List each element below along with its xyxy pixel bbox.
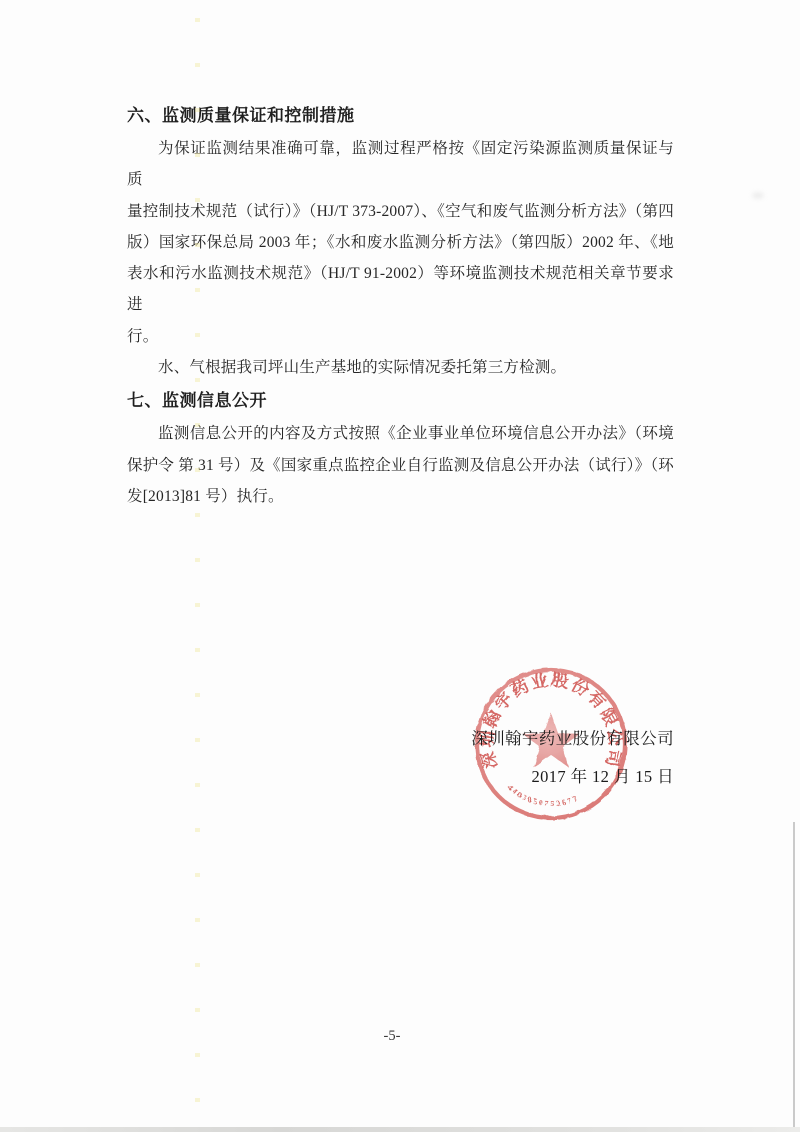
document-body: 六、监测质量保证和控制措施 为保证监测结果准确可靠，监测过程严格按《固定污染源监… bbox=[127, 98, 674, 512]
paragraph: 监测信息公开的内容及方式按照《企业事业单位环境信息公开办法》（环境 保护令 第 … bbox=[127, 418, 674, 512]
page-number: -5- bbox=[0, 1028, 784, 1045]
scan-speck-column bbox=[195, 0, 200, 1132]
paragraph-line: 版）国家环保总局 2003 年；《水和废水监测分析方法》（第四版）2002 年、… bbox=[127, 227, 674, 258]
section-heading-6: 六、监测质量保证和控制措施 bbox=[127, 98, 674, 133]
paragraph-line: 表水和污水监测技术规范》（HJ/T 91-2002）等环境监测技术规范相关章节要… bbox=[127, 258, 674, 321]
signature-block: 深圳翰宇药业股份有限公司 2017 年 12 月 15 日 bbox=[471, 720, 674, 796]
scan-edge-bottom bbox=[0, 1127, 800, 1132]
signature-date: 2017 年 12 月 15 日 bbox=[471, 758, 674, 796]
scanned-document-page: 六、监测质量保证和控制措施 为保证监测结果准确可靠，监测过程严格按《固定污染源监… bbox=[0, 0, 800, 1132]
section-heading-7: 七、监测信息公开 bbox=[127, 383, 674, 418]
scan-smudge bbox=[752, 192, 764, 199]
paragraph-line: 行。 bbox=[127, 321, 674, 352]
paragraph-line: 量控制技术规范（试行）》（HJ/T 373-2007）、《空气和废气监测分析方法… bbox=[127, 196, 674, 227]
paragraph-line: 发[2013]81 号）执行。 bbox=[127, 481, 674, 512]
paragraph-line: 为保证监测结果准确可靠，监测过程严格按《固定污染源监测质量保证与质 bbox=[127, 133, 674, 196]
paragraph-line: 水、气根据我司坪山生产基地的实际情况委托第三方检测。 bbox=[127, 352, 674, 383]
paragraph: 水、气根据我司坪山生产基地的实际情况委托第三方检测。 bbox=[127, 352, 674, 383]
signature-company: 深圳翰宇药业股份有限公司 bbox=[471, 720, 674, 758]
paragraph-line: 保护令 第 31 号）及《国家重点监控企业自行监测及信息公开办法（试行）》（环 bbox=[127, 450, 674, 481]
paragraph: 为保证监测结果准确可靠，监测过程严格按《固定污染源监测质量保证与质 量控制技术规… bbox=[127, 133, 674, 352]
scan-edge-right bbox=[793, 822, 795, 1132]
paragraph-line: 监测信息公开的内容及方式按照《企业事业单位环境信息公开办法》（环境 bbox=[127, 418, 674, 449]
